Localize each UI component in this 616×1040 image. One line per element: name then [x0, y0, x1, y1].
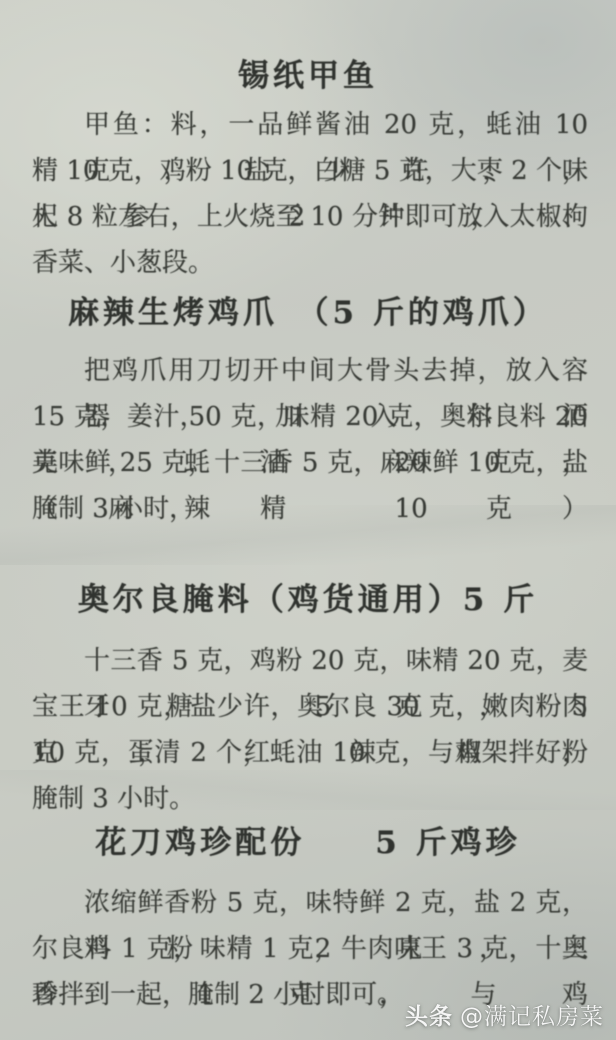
recipe-title-aoerliang-yanliao: 奥尔良腌料（鸡货通用）5 斤	[0, 574, 616, 619]
text-line: 尔良料 1 克，味精 1 克，牛肉味王 3 克，十三香 1 克，与鸡	[32, 926, 588, 972]
recipe-body-aoerliang-yanliao: 十三香 5 克，鸡粉 20 克，味精 20 克，麦牙糖 5 克，肉 宝王 10 …	[32, 638, 588, 776]
text-line: 精 10 克，鸡粉 10 克，白糖 5 克，大枣 2 个，人参 2 片，枸	[32, 148, 588, 194]
recipe-title-mala-jizhua: 麻辣生烤鸡爪 （5 斤的鸡爪）	[0, 287, 616, 332]
recipe-body-xizhi-jiayu: 甲鱼：料，一品鲜酱油 20 克，蚝油 10 克，盐少许，味 精 10 克，鸡粉 …	[32, 102, 588, 240]
text-line: 美味鲜 25 克，十三香 5 克，麻辣鲜 10 克，盐（麻辣精 10 克）	[32, 440, 588, 486]
text-line: 杞 8 粒左右，上火烧至 10 分钟即可放入太椒、香菜、小葱段。	[32, 194, 588, 240]
watermark-account-handle: @满记私房菜	[460, 998, 604, 1031]
text-line: 十三香 5 克，鸡粉 20 克，味精 20 克，麦牙糖 5 克，肉	[32, 638, 588, 684]
text-line: 把鸡爪用刀切开中间大骨头去掉，放入容器，加入料酒	[32, 348, 588, 394]
text-line: 甲鱼：料，一品鲜酱油 20 克，蚝油 10 克，盐少许，味	[32, 102, 588, 148]
recipe-title-huadao-jizhen: 花刀鸡珍配份 5 斤鸡珍	[0, 817, 616, 862]
recipe-body-mala-jizhua: 把鸡爪用刀切开中间大骨头去掉，放入容器，加入料酒 15 克，姜汁 50 克，味精…	[32, 348, 588, 532]
text-line: 浓缩鲜香粉 5 克，味特鲜 2 克，盐 2 克，鸡粉 2 克，奥	[32, 880, 588, 926]
text-line: 15 克，姜汁 50 克，味精 20 克，奥尔良料 20 克，蚝油 20 克，	[32, 394, 588, 440]
toutiao-logo-text: 头条	[405, 998, 453, 1031]
watermark: 头条 @满记私房菜	[405, 998, 604, 1031]
text-line: 宝王 10 克，盐少许，奥尔良 30 克，嫩肉粉 5 克，红辣椒粉	[32, 684, 588, 730]
text-line: 10 克，蛋清 2 个，蚝油 10 克，与鸡架拌好，腌制 3 小时。	[32, 730, 588, 776]
recipe-page: 锡纸甲鱼 甲鱼：料，一品鲜酱油 20 克，蚝油 10 克，盐少许，味 精 10 …	[0, 0, 616, 1040]
recipe-title-xizhi-jiayu: 锡纸甲鱼	[0, 50, 616, 95]
